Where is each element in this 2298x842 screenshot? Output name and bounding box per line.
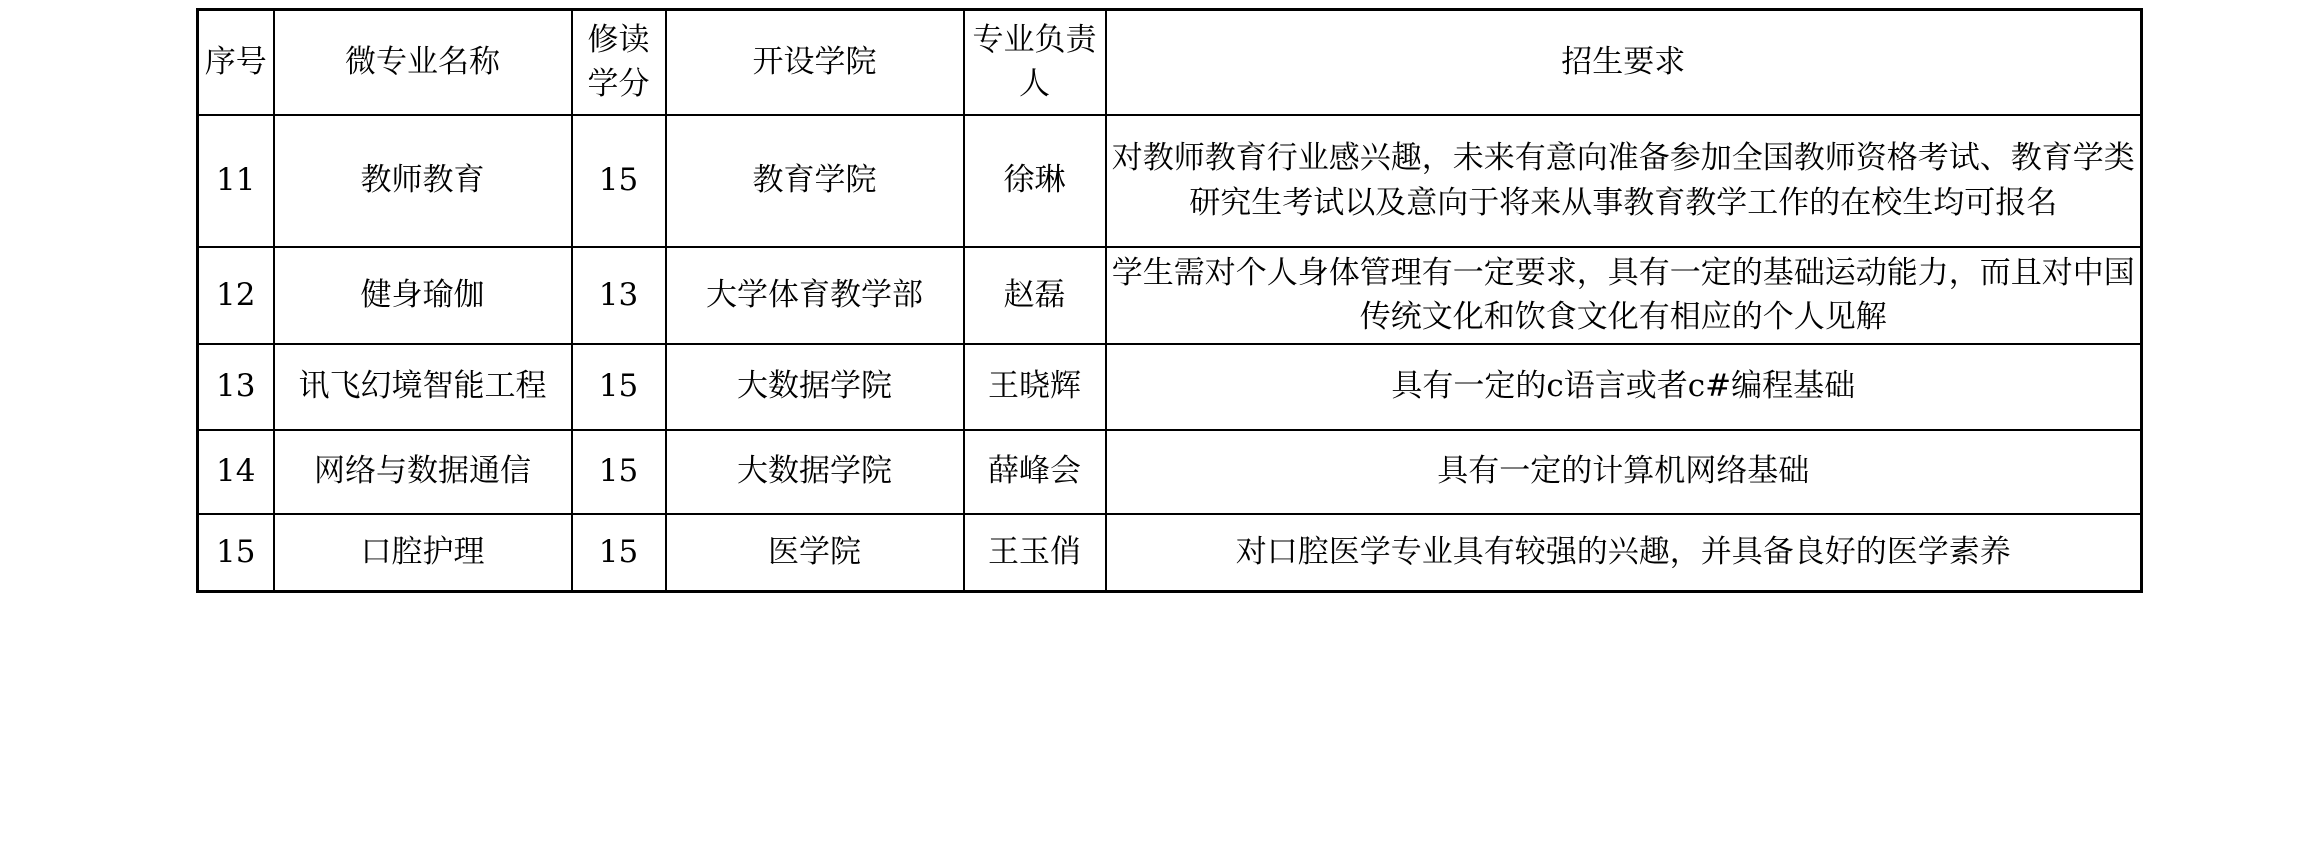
col-header-credits: 修读学分 <box>572 10 666 115</box>
cell-leader: 赵磊 <box>964 247 1106 344</box>
col-header-college: 开设学院 <box>666 10 964 115</box>
cell-credits: 15 <box>572 344 666 430</box>
micro-major-table: 序号 微专业名称 修读学分 开设学院 专业负责人 招生要求 11 教师教育 15… <box>196 8 2143 593</box>
cell-requirements: 具有一定的计算机网络基础 <box>1106 430 2142 514</box>
cell-college: 教育学院 <box>666 115 964 247</box>
cell-college: 大学体育教学部 <box>666 247 964 344</box>
col-header-leader: 专业负责人 <box>964 10 1106 115</box>
cell-requirements: 具有一定的c语言或者c#编程基础 <box>1106 344 2142 430</box>
cell-index: 11 <box>198 115 274 247</box>
cell-index: 12 <box>198 247 274 344</box>
cell-index: 13 <box>198 344 274 430</box>
cell-requirements: 学生需对个人身体管理有一定要求，具有一定的基础运动能力，而且对中国传统文化和饮食… <box>1106 247 2142 344</box>
cell-leader: 薛峰会 <box>964 430 1106 514</box>
cell-requirements: 对口腔医学专业具有较强的兴趣，并具备良好的医学素养 <box>1106 514 2142 592</box>
table-header-row: 序号 微专业名称 修读学分 开设学院 专业负责人 招生要求 <box>198 10 2142 115</box>
table-row: 15 口腔护理 15 医学院 王玉俏 对口腔医学专业具有较强的兴趣，并具备良好的… <box>198 514 2142 592</box>
table-row: 12 健身瑜伽 13 大学体育教学部 赵磊 学生需对个人身体管理有一定要求，具有… <box>198 247 2142 344</box>
table-row: 11 教师教育 15 教育学院 徐琳 对教师教育行业感兴趣，未来有意向准备参加全… <box>198 115 2142 247</box>
cell-name: 教师教育 <box>274 115 572 247</box>
table-row: 14 网络与数据通信 15 大数据学院 薛峰会 具有一定的计算机网络基础 <box>198 430 2142 514</box>
cell-credits: 15 <box>572 514 666 592</box>
cell-name: 网络与数据通信 <box>274 430 572 514</box>
cell-index: 15 <box>198 514 274 592</box>
col-header-requirements: 招生要求 <box>1106 10 2142 115</box>
cell-college: 医学院 <box>666 514 964 592</box>
cell-credits: 13 <box>572 247 666 344</box>
cell-name: 健身瑜伽 <box>274 247 572 344</box>
col-header-name: 微专业名称 <box>274 10 572 115</box>
table-row: 13 讯飞幻境智能工程 15 大数据学院 王晓辉 具有一定的c语言或者c#编程基… <box>198 344 2142 430</box>
cell-college: 大数据学院 <box>666 344 964 430</box>
col-header-index: 序号 <box>198 10 274 115</box>
cell-leader: 王晓辉 <box>964 344 1106 430</box>
cell-name: 口腔护理 <box>274 514 572 592</box>
cell-credits: 15 <box>572 430 666 514</box>
cell-leader: 王玉俏 <box>964 514 1106 592</box>
cell-index: 14 <box>198 430 274 514</box>
cell-leader: 徐琳 <box>964 115 1106 247</box>
cell-name: 讯飞幻境智能工程 <box>274 344 572 430</box>
cell-credits: 15 <box>572 115 666 247</box>
cell-college: 大数据学院 <box>666 430 964 514</box>
cell-requirements: 对教师教育行业感兴趣，未来有意向准备参加全国教师资格考试、教育学类研究生考试以及… <box>1106 115 2142 247</box>
